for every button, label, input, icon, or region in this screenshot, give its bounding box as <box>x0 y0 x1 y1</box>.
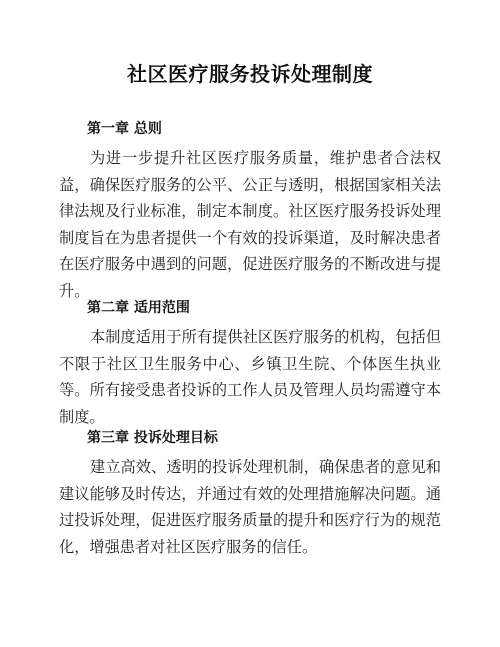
section-scope: 第二章 适用范围 本制度适用于所有提供社区医疗服务的机构，包括但不限于社区卫生服… <box>59 298 441 430</box>
section-body: 为进一步提升社区医疗服务质量，维护患者合法权益，确保医疗服务的公平、公正与透明，… <box>59 145 441 304</box>
section-heading: 第一章 总则 <box>59 119 441 139</box>
section-general-provisions: 第一章 总则 为进一步提升社区医疗服务质量，维护患者合法权益，确保医疗服务的公平… <box>59 119 441 304</box>
section-heading: 第三章 投诉处理目标 <box>59 428 441 448</box>
section-objectives: 第三章 投诉处理目标 建立高效、透明的投诉处理机制，确保患者的意见和建议能够及时… <box>59 428 441 560</box>
section-body: 本制度适用于所有提供社区医疗服务的机构，包括但不限于社区卫生服务中心、乡镇卫生院… <box>59 324 441 430</box>
document-title: 社区医疗服务投诉处理制度 <box>0 60 500 88</box>
section-heading: 第二章 适用范围 <box>59 298 441 318</box>
document-page: 社区医疗服务投诉处理制度 第一章 总则 为进一步提升社区医疗服务质量，维护患者合… <box>0 0 500 647</box>
section-body: 建立高效、透明的投诉处理机制，确保患者的意见和建议能够及时传达，并通过有效的处理… <box>59 454 441 560</box>
